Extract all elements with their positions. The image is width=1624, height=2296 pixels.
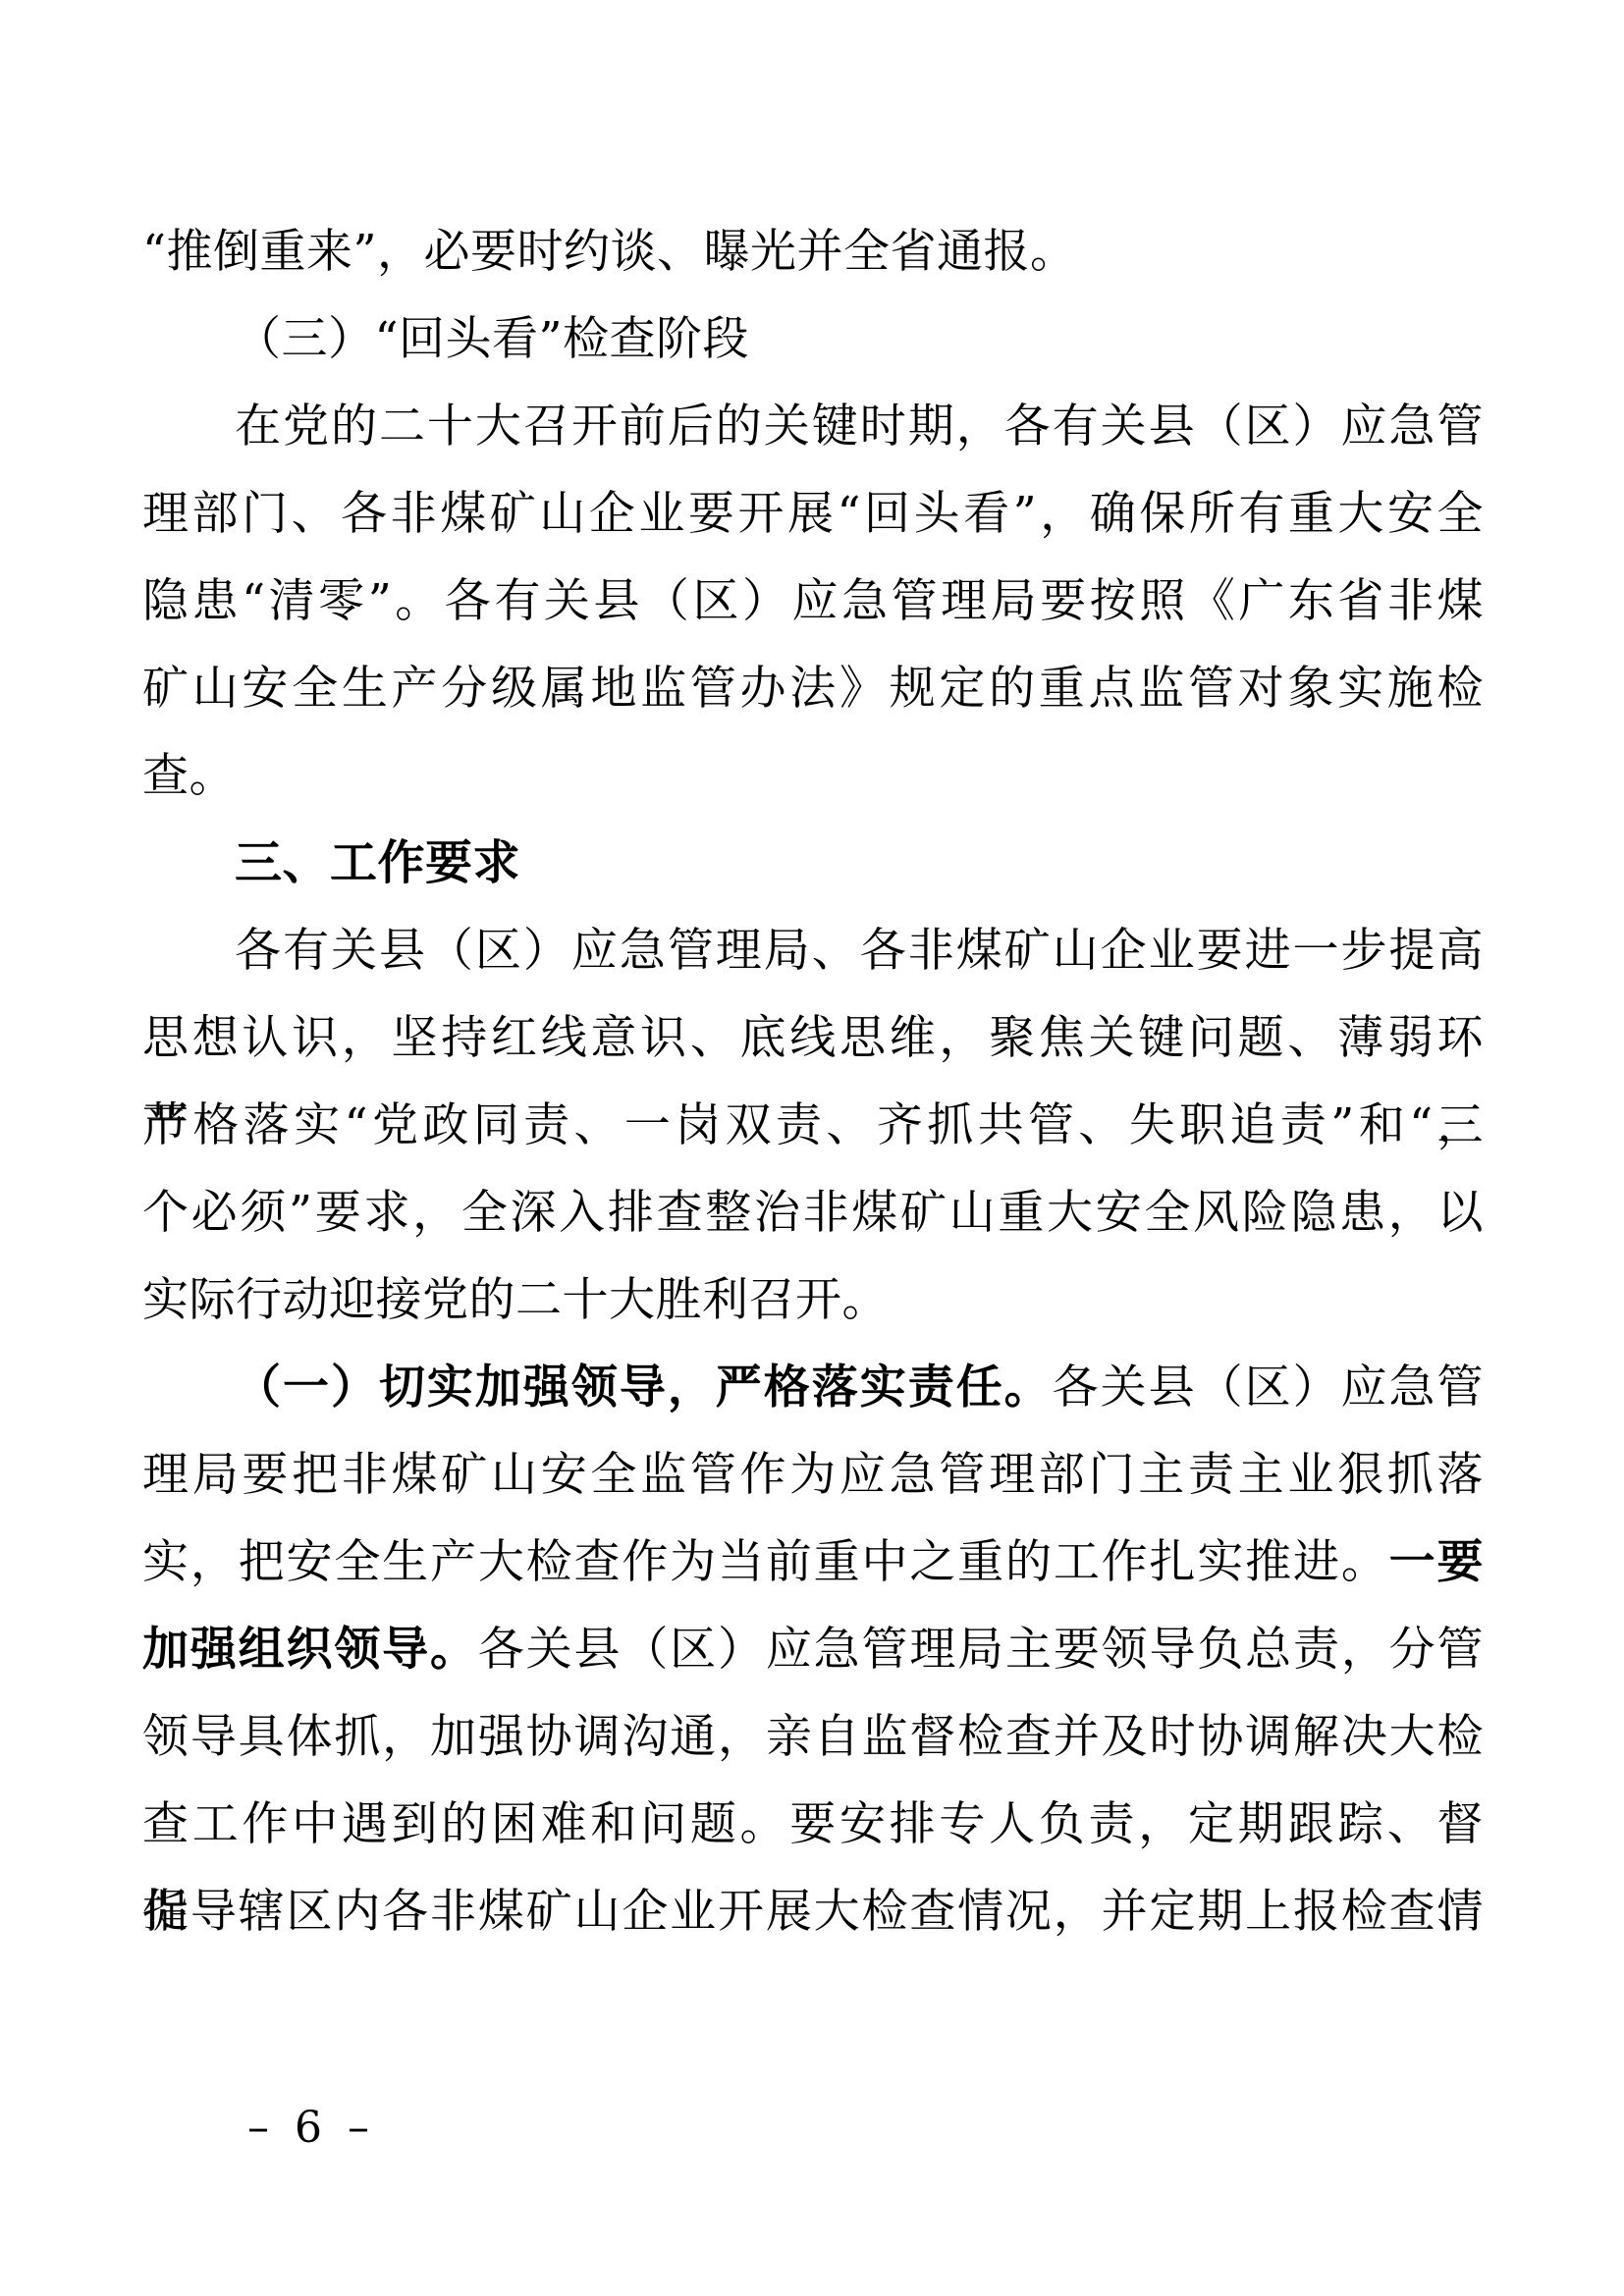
- section-heading: 三、工作要求: [142, 820, 1484, 907]
- text-segment: 严格落实“党政同责、一岗双责、齐抓共管、失职追责”和“三: [142, 1098, 1484, 1152]
- text-line: 思想认识，坚持红线意识、底线思维，聚焦关键问题、薄弱环节，: [142, 994, 1484, 1082]
- document-body: “推倒重来”，必要时约谈、曝光并全省通报。（三）“回头看”检查阶段在党的二十大召…: [142, 208, 1484, 1955]
- text-line: 指导辖区内各非煤矿山企业开展大检查情况，并定期上报检查情: [142, 1868, 1484, 1955]
- text-segment: “推倒重来”，必要时约谈、曝光并全省通报。: [142, 225, 1077, 279]
- text-line: 实，把安全生产大检查作为当前重中之重的工作扎实推进。一要: [142, 1519, 1484, 1606]
- text-segment: 隐患“清零”。各有关县（区）应急管理局要按照《广东省非煤: [142, 574, 1484, 628]
- text-line: 查。: [142, 732, 1484, 820]
- text-line: 加强组织领导。各关县（区）应急管理局主要领导负总责，分管: [142, 1606, 1484, 1693]
- text-segment: 指导辖区内各非煤矿山企业开展大检查情况，并定期上报检查情: [142, 1885, 1484, 1939]
- text-segment: 矿山安全生产分级属地监管办法》规定的重点监管对象实施检: [142, 662, 1484, 716]
- text-line: 个必须”要求，全深入排查整治非煤矿山重大安全风险隐患，以: [142, 1169, 1484, 1256]
- text-line: 各有关县（区）应急管理局、各非煤矿山企业要进一步提高: [142, 907, 1484, 994]
- text-segment: 查。: [142, 749, 236, 803]
- text-segment: 个必须”要求，全深入排查整治非煤矿山重大安全风险隐患，以: [142, 1186, 1484, 1240]
- document-page: “推倒重来”，必要时约谈、曝光并全省通报。（三）“回头看”检查阶段在党的二十大召…: [0, 0, 1624, 2296]
- text-line: “推倒重来”，必要时约谈、曝光并全省通报。: [142, 208, 1484, 295]
- text-segment: 各关县（区）应急管: [1053, 1361, 1484, 1415]
- text-line: 理局要把非煤矿山安全监管作为应急管理部门主责主业狠抓落: [142, 1431, 1484, 1519]
- text-segment: 在党的二十大召开前后的关键时期，各有关县（区）应急管: [235, 400, 1484, 454]
- text-line: 在党的二十大召开前后的关键时期，各有关县（区）应急管: [142, 383, 1484, 470]
- text-segment: 理部门、各非煤矿山企业要开展“回头看”，确保所有重大安全: [142, 487, 1484, 541]
- bold-text-segment: 加强组织领导。: [142, 1623, 478, 1677]
- bold-text-segment: （一）切实加强领导，严格落实责任。: [235, 1361, 1053, 1415]
- text-line: 实际行动迎接党的二十大胜利召开。: [142, 1256, 1484, 1344]
- page-number: – 6 –: [247, 2099, 375, 2158]
- text-line: 隐患“清零”。各有关县（区）应急管理局要按照《广东省非煤: [142, 558, 1484, 645]
- text-segment: 实，把安全生产大检查作为当前重中之重的工作扎实推进。: [142, 1535, 1389, 1589]
- text-segment: （三）“回头看”检查阶段: [235, 312, 749, 366]
- text-line: （三）“回头看”检查阶段: [142, 295, 1484, 383]
- text-line: 理部门、各非煤矿山企业要开展“回头看”，确保所有重大安全: [142, 470, 1484, 558]
- text-line: 领导具体抓，加强协调沟通，亲自监督检查并及时协调解决大检: [142, 1693, 1484, 1781]
- bold-text-segment: 一要: [1389, 1535, 1484, 1589]
- text-segment: 各有关县（区）应急管理局、各非煤矿山企业要进一步提高: [235, 924, 1484, 978]
- text-line: 查工作中遇到的困难和问题。要安排专人负责，定期跟踪、督促、: [142, 1781, 1484, 1868]
- bold-text-segment: 三、工作要求: [235, 835, 520, 890]
- text-line: （一）切实加强领导，严格落实责任。各关县（区）应急管: [142, 1344, 1484, 1431]
- text-line: 矿山安全生产分级属地监管办法》规定的重点监管对象实施检: [142, 645, 1484, 732]
- text-segment: 实际行动迎接党的二十大胜利召开。: [142, 1273, 889, 1327]
- text-line: 严格落实“党政同责、一岗双责、齐抓共管、失职追责”和“三: [142, 1082, 1484, 1169]
- text-segment: 各关县（区）应急管理局主要领导负总责，分管: [478, 1623, 1484, 1677]
- text-segment: 领导具体抓，加强协调沟通，亲自监督检查并及时协调解决大检: [142, 1710, 1484, 1764]
- text-segment: 理局要把非煤矿山安全监管作为应急管理部门主责主业狠抓落: [142, 1448, 1484, 1502]
